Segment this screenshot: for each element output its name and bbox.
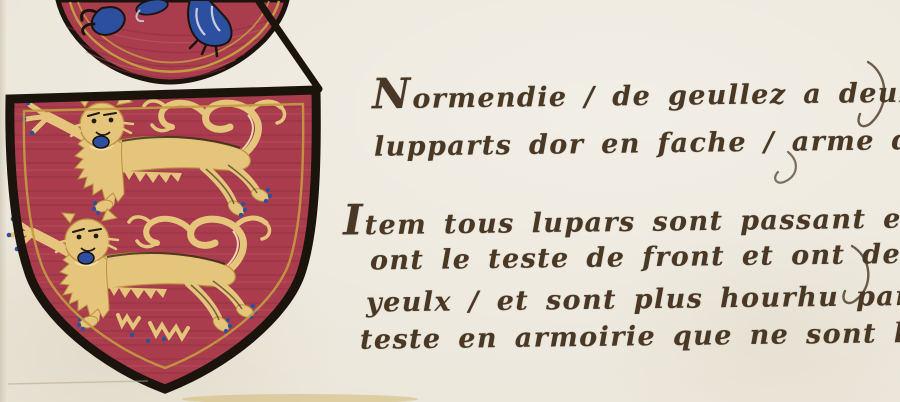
manuscript-line: lupparts dor en fache / arme dazur — [374, 124, 900, 162]
manuscript-page: Normendie / de geullez a deux lupparts d… — [0, 0, 900, 402]
manuscript-line: ont le teste de front et ont deux — [370, 239, 900, 277]
normandy-shield — [0, 85, 330, 402]
manuscript-line: yeulx / et sont plus hourhu par le — [366, 280, 900, 318]
manuscript-line: teste en armoirie que ne sont lyons — [360, 317, 900, 356]
manuscript-line: Normendie / de geullez a deux — [372, 63, 900, 119]
fragment-right-edge — [258, 0, 319, 89]
manuscript-line: Item tous lupars sont passant et — [343, 189, 900, 245]
